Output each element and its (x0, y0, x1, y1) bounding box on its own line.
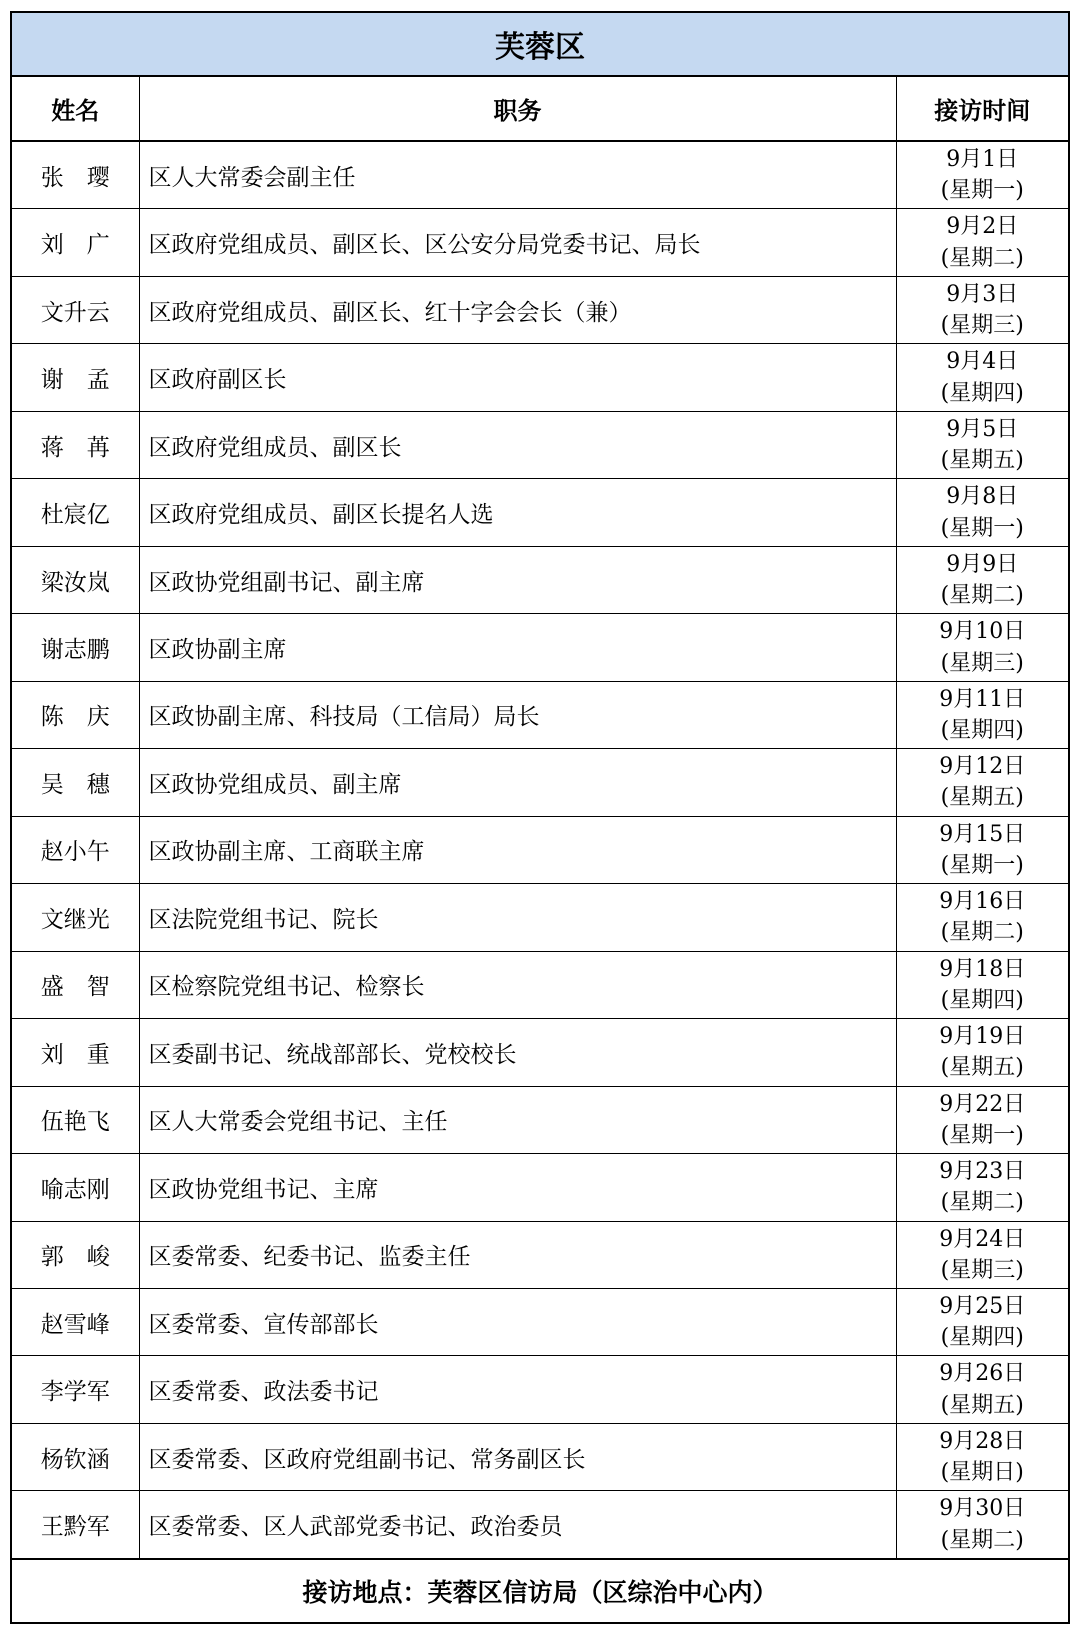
visit-weekday: (星期三) (897, 310, 1069, 341)
person-position: 区政协党组副书记、副主席 (139, 546, 896, 613)
visit-weekday: (星期一) (897, 513, 1069, 544)
visit-schedule-table: 芙蓉区 姓名 职务 接访时间 张 璎区人大常委会副主任9月1日(星期一)刘 广区… (10, 11, 1070, 1624)
visit-time: 9月3日(星期三) (896, 276, 1069, 343)
person-position: 区法院党组书记、院长 (139, 884, 896, 951)
district-title: 芙蓉区 (11, 12, 1069, 76)
person-name: 梁汝岚 (11, 546, 139, 613)
visit-date: 9月23日 (897, 1156, 1069, 1187)
person-position: 区政协副主席、工商联主席 (139, 816, 896, 883)
person-name: 王黔军 (11, 1491, 139, 1559)
visit-time: 9月15日(星期一) (896, 816, 1069, 883)
table-row: 梁汝岚区政协党组副书记、副主席9月9日(星期二) (11, 546, 1069, 613)
person-name: 刘 广 (11, 209, 139, 276)
table-row: 伍艳飞区人大常委会党组书记、主任9月22日(星期一) (11, 1086, 1069, 1153)
visit-time: 9月2日(星期二) (896, 209, 1069, 276)
person-position: 区政协党组书记、主席 (139, 1154, 896, 1221)
person-name: 蒋 苒 (11, 411, 139, 478)
person-name: 伍艳飞 (11, 1086, 139, 1153)
visit-weekday: (星期四) (897, 715, 1069, 746)
table-row: 喻志刚区政协党组书记、主席9月23日(星期二) (11, 1154, 1069, 1221)
table-header-row: 姓名 职务 接访时间 (11, 76, 1069, 141)
visit-date: 9月25日 (897, 1291, 1069, 1322)
visit-date: 9月28日 (897, 1426, 1069, 1457)
person-position: 区政协副主席、科技局（工信局）局长 (139, 681, 896, 748)
visit-date: 9月1日 (897, 144, 1069, 175)
table-title-row: 芙蓉区 (11, 12, 1069, 76)
person-position: 区政协党组成员、副主席 (139, 749, 896, 816)
visit-weekday: (星期一) (897, 1120, 1069, 1151)
visit-weekday: (星期四) (897, 1322, 1069, 1353)
person-name: 赵雪峰 (11, 1288, 139, 1355)
person-position: 区委常委、区人武部党委书记、政治委员 (139, 1491, 896, 1559)
visit-weekday: (星期一) (897, 850, 1069, 881)
person-name: 赵小午 (11, 816, 139, 883)
visit-time: 9月1日(星期一) (896, 141, 1069, 209)
person-position: 区人大常委会党组书记、主任 (139, 1086, 896, 1153)
person-position: 区政协副主席 (139, 614, 896, 681)
visit-date: 9月30日 (897, 1493, 1069, 1524)
visit-date: 9月26日 (897, 1358, 1069, 1389)
visit-time: 9月28日(星期日) (896, 1423, 1069, 1490)
person-name: 张 璎 (11, 141, 139, 209)
person-name: 谢志鹏 (11, 614, 139, 681)
table-body: 张 璎区人大常委会副主任9月1日(星期一)刘 广区政府党组成员、副区长、区公安分… (11, 141, 1069, 1559)
page: 芙蓉区 姓名 职务 接访时间 张 璎区人大常委会副主任9月1日(星期一)刘 广区… (0, 0, 1080, 1629)
person-name: 陈 庆 (11, 681, 139, 748)
table-row: 盛 智区检察院党组书记、检察长9月18日(星期四) (11, 951, 1069, 1018)
table-row: 王黔军区委常委、区人武部党委书记、政治委员9月30日(星期二) (11, 1491, 1069, 1559)
person-name: 吴 穗 (11, 749, 139, 816)
table-row: 陈 庆区政协副主席、科技局（工信局）局长9月11日(星期四) (11, 681, 1069, 748)
visit-time: 9月8日(星期一) (896, 479, 1069, 546)
table-row: 文继光区法院党组书记、院长9月16日(星期二) (11, 884, 1069, 951)
visit-weekday: (星期五) (897, 1390, 1069, 1421)
visit-time: 9月4日(星期四) (896, 344, 1069, 411)
visit-time: 9月23日(星期二) (896, 1154, 1069, 1221)
table-row: 赵小午区政协副主席、工商联主席9月15日(星期一) (11, 816, 1069, 883)
visit-time: 9月19日(星期五) (896, 1019, 1069, 1086)
person-name: 郭 峻 (11, 1221, 139, 1288)
visit-date: 9月12日 (897, 751, 1069, 782)
person-position: 区政府党组成员、副区长、区公安分局党委书记、局长 (139, 209, 896, 276)
visit-date: 9月15日 (897, 819, 1069, 850)
visit-date: 9月11日 (897, 684, 1069, 715)
visit-weekday: (星期五) (897, 445, 1069, 476)
table-row: 杨钦涵区委常委、区政府党组副书记、常务副区长9月28日(星期日) (11, 1423, 1069, 1490)
visit-weekday: (星期四) (897, 985, 1069, 1016)
person-position: 区委常委、政法委书记 (139, 1356, 896, 1423)
visit-time: 9月18日(星期四) (896, 951, 1069, 1018)
visit-weekday: (星期三) (897, 1255, 1069, 1286)
table-row: 郭 峻区委常委、纪委书记、监委主任9月24日(星期三) (11, 1221, 1069, 1288)
visit-date: 9月22日 (897, 1089, 1069, 1120)
visit-date: 9月8日 (897, 481, 1069, 512)
table-row: 赵雪峰区委常委、宣传部部长9月25日(星期四) (11, 1288, 1069, 1355)
table-row: 蒋 苒区政府党组成员、副区长9月5日(星期五) (11, 411, 1069, 478)
person-position: 区委常委、区政府党组副书记、常务副区长 (139, 1423, 896, 1490)
table-row: 刘 广区政府党组成员、副区长、区公安分局党委书记、局长9月2日(星期二) (11, 209, 1069, 276)
person-position: 区委副书记、统战部部长、党校校长 (139, 1019, 896, 1086)
visit-weekday: (星期四) (897, 378, 1069, 409)
column-header-time: 接访时间 (896, 76, 1069, 141)
visit-date: 9月4日 (897, 346, 1069, 377)
person-position: 区委常委、纪委书记、监委主任 (139, 1221, 896, 1288)
visit-time: 9月9日(星期二) (896, 546, 1069, 613)
person-name: 盛 智 (11, 951, 139, 1018)
visit-weekday: (星期二) (897, 1525, 1069, 1556)
person-name: 李学军 (11, 1356, 139, 1423)
table-row: 吴 穗区政协党组成员、副主席9月12日(星期五) (11, 749, 1069, 816)
visit-weekday: (星期二) (897, 243, 1069, 274)
person-position: 区检察院党组书记、检察长 (139, 951, 896, 1018)
person-position: 区政府副区长 (139, 344, 896, 411)
table-row: 张 璎区人大常委会副主任9月1日(星期一) (11, 141, 1069, 209)
visit-weekday: (星期日) (897, 1457, 1069, 1488)
visit-date: 9月24日 (897, 1224, 1069, 1255)
visit-time: 9月16日(星期二) (896, 884, 1069, 951)
visit-weekday: (星期二) (897, 580, 1069, 611)
column-header-name: 姓名 (11, 76, 139, 141)
visit-time: 9月12日(星期五) (896, 749, 1069, 816)
visit-time: 9月25日(星期四) (896, 1288, 1069, 1355)
visit-date: 9月16日 (897, 886, 1069, 917)
person-position: 区人大常委会副主任 (139, 141, 896, 209)
table-footer-row: 接访地点：芙蓉区信访局（区综治中心内） (11, 1559, 1069, 1623)
person-name: 谢 孟 (11, 344, 139, 411)
person-position: 区政府党组成员、副区长 (139, 411, 896, 478)
table-row: 谢志鹏区政协副主席9月10日(星期三) (11, 614, 1069, 681)
table-row: 文升云区政府党组成员、副区长、红十字会会长（兼）9月3日(星期三) (11, 276, 1069, 343)
reception-location: 接访地点：芙蓉区信访局（区综治中心内） (11, 1559, 1069, 1623)
visit-time: 9月10日(星期三) (896, 614, 1069, 681)
person-name: 杜宸亿 (11, 479, 139, 546)
person-name: 文继光 (11, 884, 139, 951)
visit-time: 9月26日(星期五) (896, 1356, 1069, 1423)
person-position: 区政府党组成员、副区长、红十字会会长（兼） (139, 276, 896, 343)
visit-time: 9月24日(星期三) (896, 1221, 1069, 1288)
person-position: 区委常委、宣传部部长 (139, 1288, 896, 1355)
visit-weekday: (星期一) (897, 175, 1069, 206)
column-header-position: 职务 (139, 76, 896, 141)
visit-date: 9月2日 (897, 211, 1069, 242)
visit-weekday: (星期二) (897, 1187, 1069, 1218)
visit-date: 9月19日 (897, 1021, 1069, 1052)
visit-weekday: (星期五) (897, 782, 1069, 813)
visit-date: 9月18日 (897, 954, 1069, 985)
visit-date: 9月10日 (897, 616, 1069, 647)
table-row: 谢 孟区政府副区长9月4日(星期四) (11, 344, 1069, 411)
visit-weekday: (星期五) (897, 1052, 1069, 1083)
visit-date: 9月3日 (897, 279, 1069, 310)
person-name: 文升云 (11, 276, 139, 343)
visit-date: 9月5日 (897, 414, 1069, 445)
person-name: 杨钦涵 (11, 1423, 139, 1490)
visit-weekday: (星期二) (897, 917, 1069, 948)
visit-weekday: (星期三) (897, 648, 1069, 679)
visit-time: 9月11日(星期四) (896, 681, 1069, 748)
person-name: 喻志刚 (11, 1154, 139, 1221)
table-row: 李学军区委常委、政法委书记9月26日(星期五) (11, 1356, 1069, 1423)
table-row: 杜宸亿区政府党组成员、副区长提名人选9月8日(星期一) (11, 479, 1069, 546)
visit-time: 9月22日(星期一) (896, 1086, 1069, 1153)
visit-date: 9月9日 (897, 549, 1069, 580)
person-name: 刘 重 (11, 1019, 139, 1086)
table-row: 刘 重区委副书记、统战部部长、党校校长9月19日(星期五) (11, 1019, 1069, 1086)
person-position: 区政府党组成员、副区长提名人选 (139, 479, 896, 546)
visit-time: 9月30日(星期二) (896, 1491, 1069, 1559)
visit-time: 9月5日(星期五) (896, 411, 1069, 478)
